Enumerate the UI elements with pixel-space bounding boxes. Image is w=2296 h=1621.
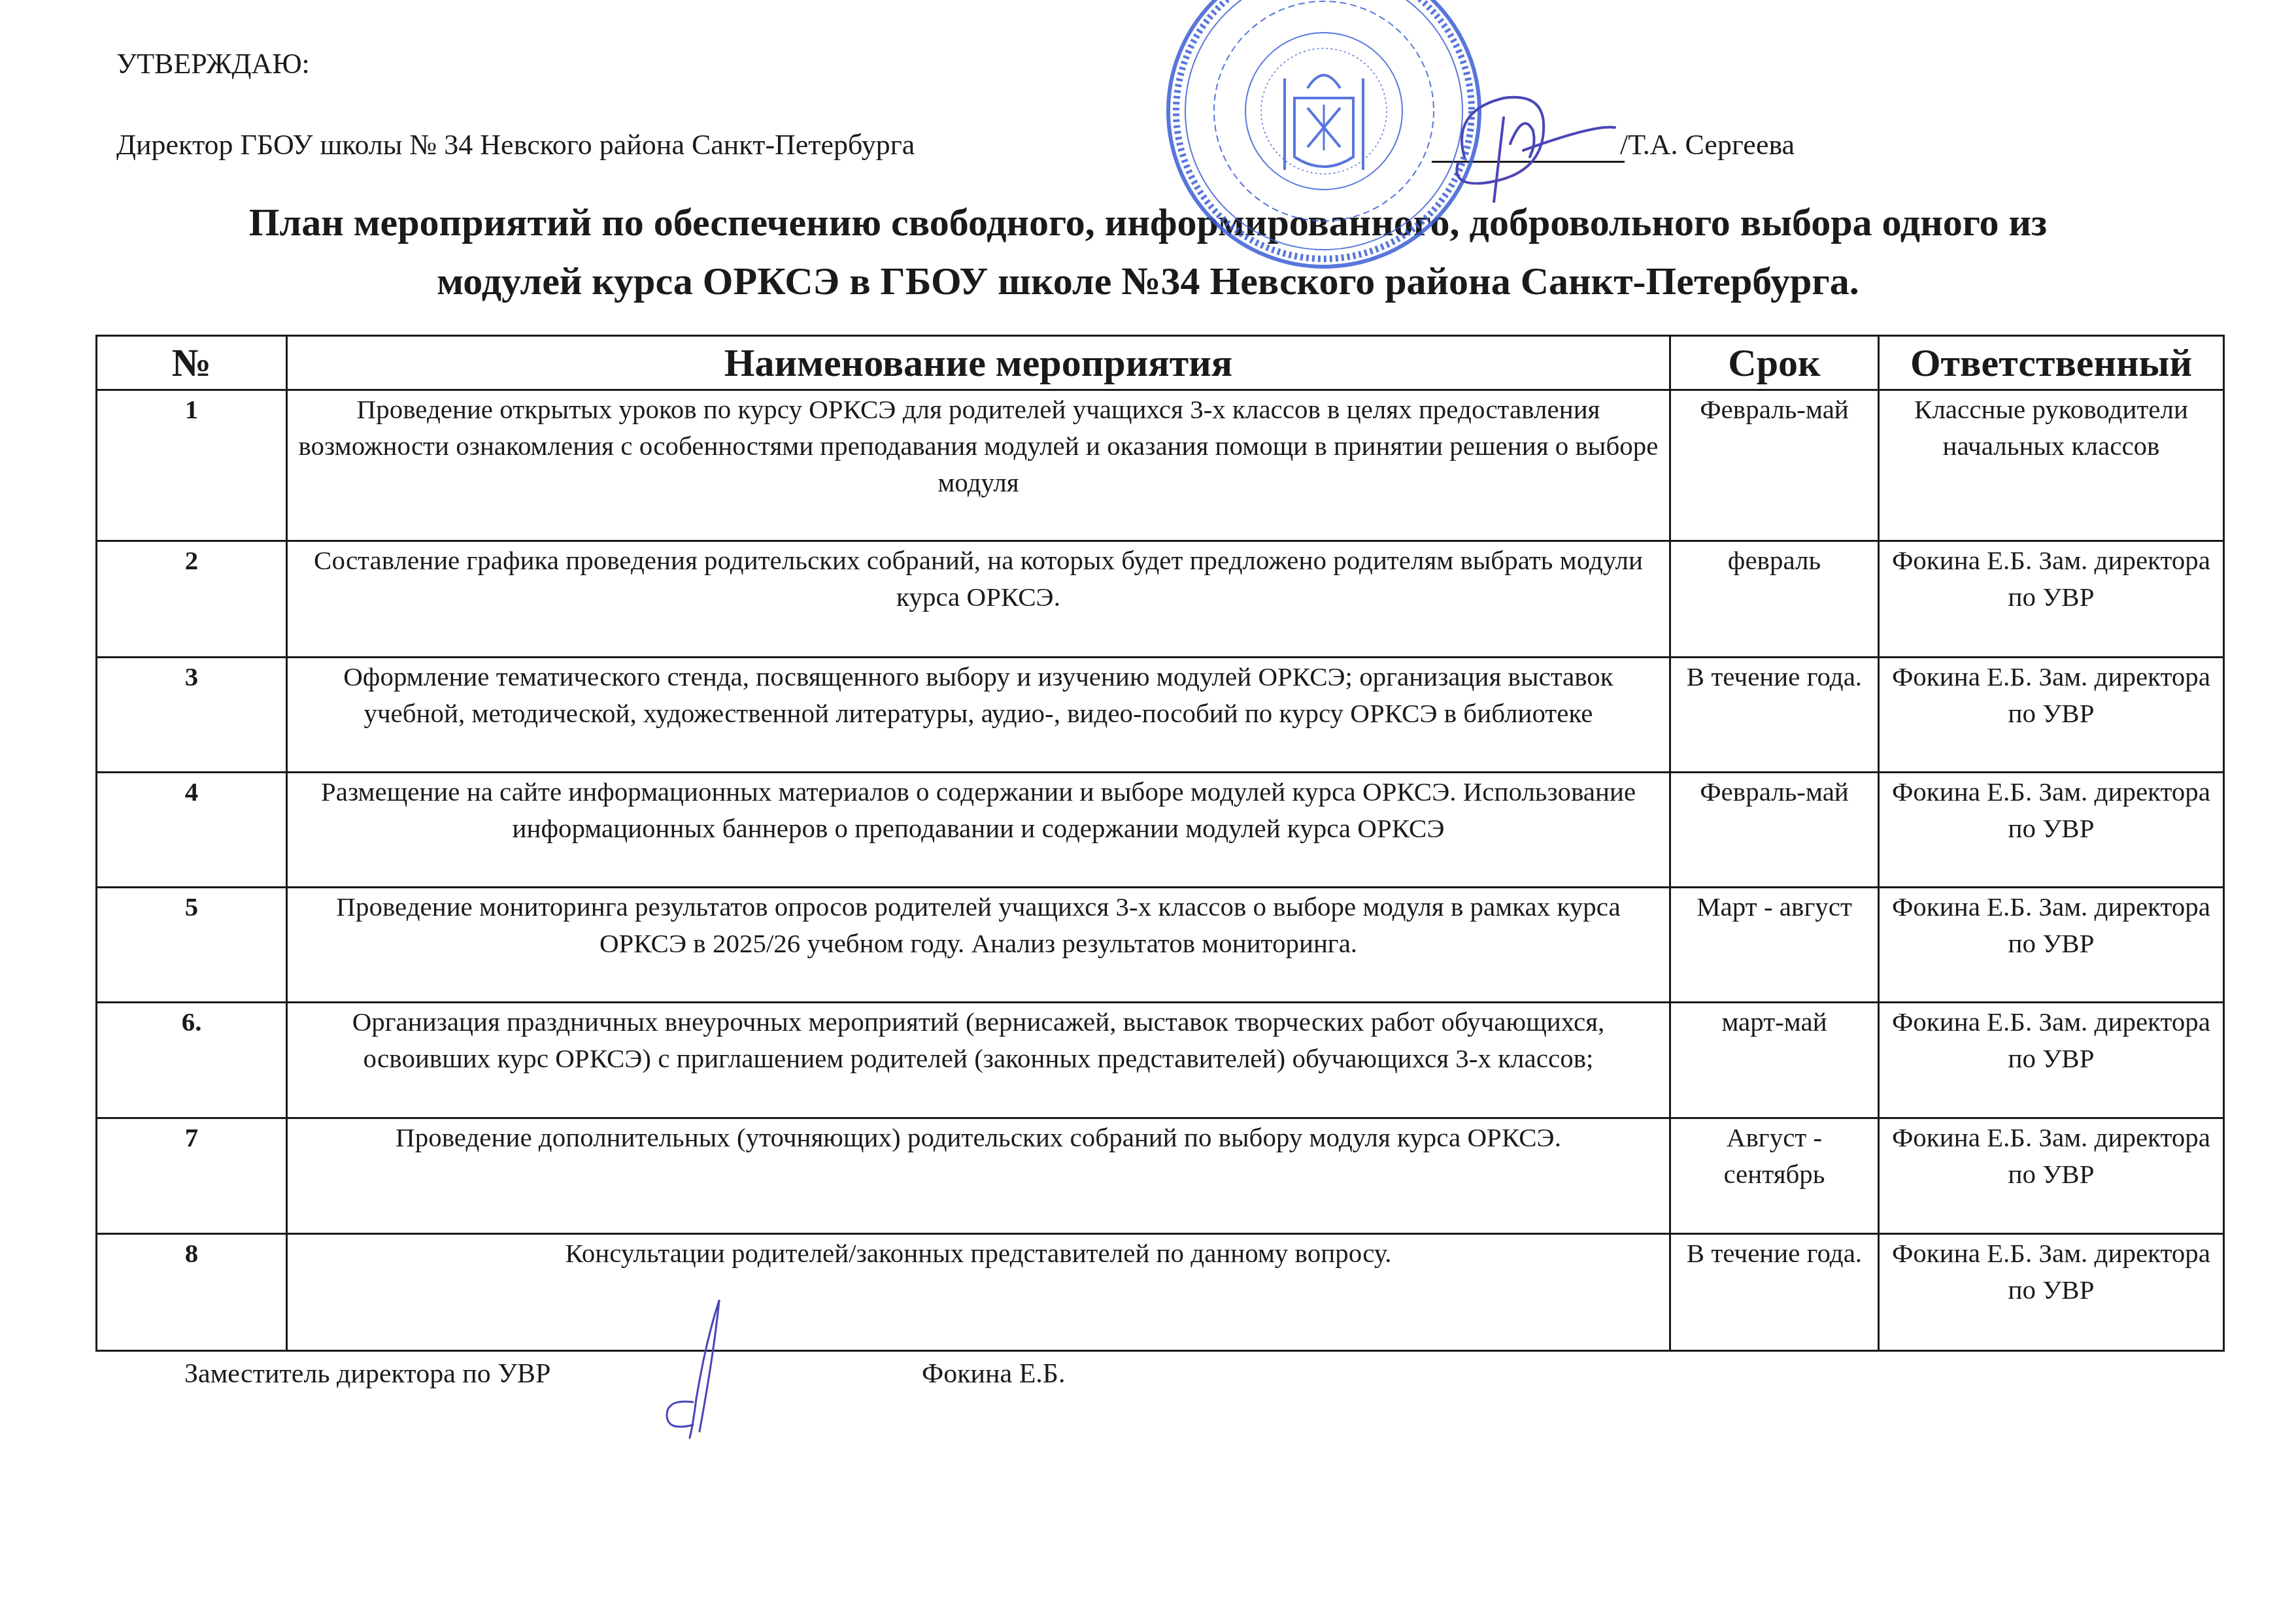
- row-event-name: Проведение открытых уроков по курсу ОРКС…: [287, 390, 1670, 541]
- page-title: План мероприятий по обеспечению свободно…: [78, 193, 2218, 310]
- row-event-name: Размещение на сайте информационных матер…: [287, 773, 1670, 888]
- table-row: 5 Проведение мониторинга результатов опр…: [97, 888, 2224, 1003]
- row-responsible: Фокина Е.Б. Зам. директора по УВР: [1879, 1003, 2224, 1118]
- approval-label: УТВЕРЖДАЮ:: [116, 47, 310, 80]
- director-title: Директор ГБОУ школы № 34 Невского района…: [116, 128, 915, 161]
- row-number: 6.: [97, 1003, 287, 1118]
- row-event-name: Проведение мониторинга результатов опрос…: [287, 888, 1670, 1003]
- header-event-name: Наименование мероприятия: [287, 336, 1670, 390]
- row-responsible: Фокина Е.Б. Зам. директора по УВР: [1879, 773, 2224, 888]
- header-responsible: Ответственный: [1879, 336, 2224, 390]
- director-name: /Т.А. Сергеева: [1620, 128, 1795, 161]
- row-term: Февраль-май: [1670, 390, 1879, 541]
- row-event-name: Оформление тематического стенда, посвяще…: [287, 658, 1670, 773]
- row-term: март-май: [1670, 1003, 1879, 1118]
- row-number: 4: [97, 773, 287, 888]
- row-responsible: Классные руководители начальных классов: [1879, 390, 2224, 541]
- deputy-signature: [641, 1297, 771, 1441]
- table-row: 3 Оформление тематического стенда, посвя…: [97, 658, 2224, 773]
- table-row: 8 Консультации родителей/законных предст…: [97, 1234, 2224, 1351]
- row-term: Август - сентябрь: [1670, 1118, 1879, 1234]
- table-row: 4 Размещение на сайте информационных мат…: [97, 773, 2224, 888]
- row-responsible: Фокина Е.Б. Зам. директора по УВР: [1879, 541, 2224, 658]
- row-event-name: Организация праздничных внеурочных мероп…: [287, 1003, 1670, 1118]
- title-line-1: План мероприятий по обеспечению свободно…: [78, 193, 2218, 252]
- row-term: В течение года.: [1670, 658, 1879, 773]
- row-number: 8: [97, 1234, 287, 1351]
- row-number: 2: [97, 541, 287, 658]
- events-table: № Наименование мероприятия Срок Ответств…: [95, 335, 2225, 1352]
- row-responsible: Фокина Е.Б. Зам. директора по УВР: [1879, 658, 2224, 773]
- header-term: Срок: [1670, 336, 1879, 390]
- row-responsible: Фокина Е.Б. Зам. директора по УВР: [1879, 1118, 2224, 1234]
- row-responsible: Фокина Е.Б. Зам. директора по УВР: [1879, 1234, 2224, 1351]
- table-row: 6. Организация праздничных внеурочных ме…: [97, 1003, 2224, 1118]
- director-signature: [1425, 72, 1621, 203]
- row-event-name: Проведение дополнительных (уточняющих) р…: [287, 1118, 1670, 1234]
- footer-role: Заместитель директора по УВР: [184, 1358, 550, 1390]
- table-row: 1 Проведение открытых уроков по курсу ОР…: [97, 390, 2224, 541]
- row-term: февраль: [1670, 541, 1879, 658]
- row-number: 7: [97, 1118, 287, 1234]
- header-number: №: [97, 336, 287, 390]
- footer-name: Фокина Е.Б.: [922, 1358, 1065, 1390]
- table-header-row: № Наименование мероприятия Срок Ответств…: [97, 336, 2224, 390]
- row-responsible: Фокина Е.Б. Зам. директора по УВР: [1879, 888, 2224, 1003]
- table-row: 7 Проведение дополнительных (уточняющих)…: [97, 1118, 2224, 1234]
- row-number: 1: [97, 390, 287, 541]
- row-event-name: Составление графика проведения родительс…: [287, 541, 1670, 658]
- row-term: В течение года.: [1670, 1234, 1879, 1351]
- row-event-name: Консультации родителей/законных представ…: [287, 1234, 1670, 1351]
- row-term: Март - август: [1670, 888, 1879, 1003]
- title-line-2: модулей курса ОРКСЭ в ГБОУ школе №34 Нев…: [78, 252, 2218, 310]
- row-number: 3: [97, 658, 287, 773]
- row-term: Февраль-май: [1670, 773, 1879, 888]
- table-row: 2 Составление графика проведения родител…: [97, 541, 2224, 658]
- row-number: 5: [97, 888, 287, 1003]
